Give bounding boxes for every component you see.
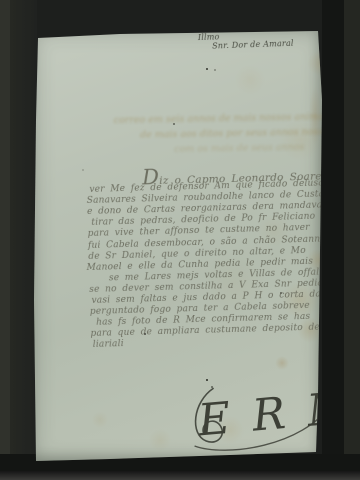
signature-block: E R M	[178, 359, 346, 468]
mat-edge-right	[344, 0, 360, 480]
petition-body: Diz o Capmo Leonardo Soares de Souza ver…	[86, 167, 327, 351]
letter-page: Illmo Snr. Dor de Amaral correo em seis …	[34, 31, 322, 461]
mat-left-band	[10, 0, 37, 480]
address-heading: Illmo Snr. Dor de Amaral	[192, 29, 323, 52]
mat-edge-left	[0, 0, 10, 480]
show-through-line: com os mais de seus annos	[174, 139, 344, 157]
document-scan: Illmo Snr. Dor de Amaral correo em seis …	[0, 0, 360, 480]
show-through-text: correo em seis annos de mais nossos anim…	[114, 109, 345, 158]
mat-right-band	[322, 0, 344, 480]
signature-flourish: E R M	[178, 359, 346, 468]
mat-bottom-edge	[0, 471, 360, 480]
